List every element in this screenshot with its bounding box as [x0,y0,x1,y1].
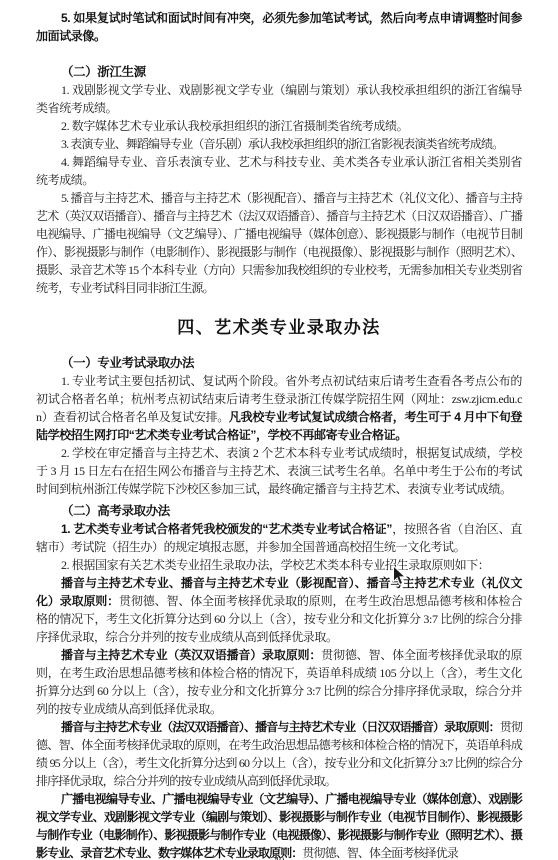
paragraph: 5. 如果复试时笔试和面试时间有冲突，必须先参加笔试考试，然后向考点申请调整时间… [36,9,522,45]
paragraph: 4. 舞蹈编导专业、音乐表演专业、艺术与科技专业、美术类各专业承认浙江省相关类别… [36,153,522,189]
paragraph: 1. 戏剧影视文学专业、戏剧影视文学专业（编剧与策划）承认我校承担组织的浙江省编… [36,81,522,117]
paragraph: 2. 数字媒体艺术专业承认我校承担组织的浙江省摄制类省统考成绩。 [36,117,522,135]
text-run: 2. 学校在审定播音与主持艺术、表演 2 个艺术本科专业考试成绩时，根据复试成绩… [36,446,522,496]
paragraph: 1. 专业考试主要包括初试、复试两个阶段。省外考点初试结束后请考生查看各考点公布… [36,372,522,444]
bold-text-run: （二）高考录取办法 [61,504,170,518]
text-run: 1. 戏剧影视文学专业、戏剧影视文学专业（编剧与策划）承认我校承担组织的浙江省编… [36,83,522,115]
paragraph: 1. 艺术类专业考试合格者凭我校颁发的“艺术类专业考试合格证”，按照各省（自治区… [36,520,522,556]
paragraph: 播音与主持艺术专业（英汉双语播音）录取原则：贯彻德、智、体全面考核择优录取的原则… [36,646,522,718]
paragraph: 5. 播音与主持艺术、播音与主持艺术（影视配音）、播音与主持艺术（礼仪文化）、播… [36,189,522,297]
paragraph: 3. 表演专业、舞蹈编导专业（音乐剧）承认我校承担组织的浙江省影视表演类省统考成… [36,135,522,153]
text-run: 5. 播音与主持艺术、播音与主持艺术（影视配音）、播音与主持艺术（礼仪文化）、播… [36,191,522,295]
text-run: 4. 舞蹈编导专业、音乐表演专业、艺术与科技专业、美术类各专业承认浙江省相关类别… [36,155,522,187]
document-content: 5. 如果复试时笔试和面试时间有冲突，必须先参加笔试考试，然后向考点申请调整时间… [36,9,522,860]
bold-text-run: 播音与主持艺术专业（英汉双语播音）录取原则： [61,648,321,662]
paragraph: 2. 根据国家有关艺术类专业招生录取办法，学校艺术类本科专业招生录取原则如下： [36,556,522,574]
text-run: 2. 根据国家有关艺术类专业招生录取办法，学校艺术类本科专业招生录取原则如下： [61,558,489,572]
bold-text-run: 四、艺术类专业录取办法 [177,318,381,337]
document-page: 5. 如果复试时笔试和面试时间有冲突，必须先参加笔试考试，然后向考点申请调整时间… [0,0,558,860]
text-run: 贯彻德、智、体全面考核择优录 [302,846,457,860]
document-title: 四、艺术类专业录取办法 [36,316,522,340]
text-run: 2. 数字媒体艺术专业承认我校承担组织的浙江省摄制类省统考成绩。 [61,119,408,133]
bold-text-run: （二）浙江生源 [61,65,146,79]
bold-text-run: 播音与主持艺术专业（法汉双语播音）、播音与主持艺术专业（日汉双语播音）录取原则： [61,720,500,734]
section-subheading: （二）浙江生源 [36,63,522,81]
paragraph: 播音与主持艺术专业、播音与主持艺术专业（影视配音）、播音与主持艺术专业（礼仪文化… [36,574,522,646]
section-subheading: （一）专业考试录取办法 [36,354,522,372]
paragraph: 2. 学校在审定播音与主持艺术、表演 2 个艺术本科专业考试成绩时，根据复试成绩… [36,444,522,498]
bold-text-run: 5. 如果复试时笔试和面试时间有冲突，必须先参加笔试考试，然后向考点申请调整时间… [36,11,522,43]
paragraph: 播音与主持艺术专业（法汉双语播音）、播音与主持艺术专业（日汉双语播音）录取原则：… [36,718,522,790]
page-number: 40 [274,855,285,860]
bold-text-run: （一）专业考试录取办法 [61,356,194,370]
paragraph: 广播电视编导专业、广播电视编导专业（文艺编导）、广播电视编导专业（媒体创意）、戏… [36,790,522,860]
text-run: 3. 表演专业、舞蹈编导专业（音乐剧）承认我校承担组织的浙江省影视表演类省统考成… [61,137,503,151]
section-subheading: （二）高考录取办法 [36,502,522,520]
bold-text-run: 1. 艺术类专业考试合格者凭我校颁发的“艺术类专业考试合格证” [61,522,392,536]
